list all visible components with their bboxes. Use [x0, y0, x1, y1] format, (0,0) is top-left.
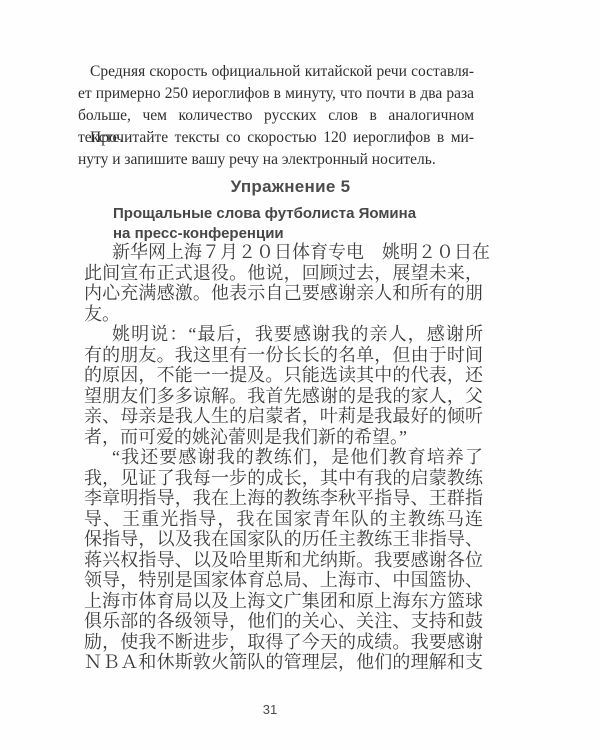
text-line: Прочитайте тексты со скоростью 120 иерог… [78, 127, 474, 149]
chinese-text-line: 此间宣布正式退役。他说，回顾过去，展望未来， [84, 263, 483, 284]
chinese-text-line: 励，使我不断进步，取得了今天的成绩。我要感谢 [84, 632, 483, 653]
chinese-text-line: 友。 [84, 304, 483, 325]
chinese-text-line: 姚明说：“最后，我要感谢我的亲人，感谢所 [84, 324, 483, 345]
chinese-text-line: 内心充满感激。他表示自己要感谢亲人和所有的朋 [84, 283, 483, 304]
chinese-text-line: 亲、母亲是我人生的启蒙者，叶莉是我最好的倾听 [84, 406, 483, 427]
chinese-text-line: 李章明指导，我在上海的教练李秋平指导、王群指 [84, 488, 483, 509]
exercise-subtitle: Прощальные слова футболиста Яомина на пр… [113, 204, 483, 244]
chinese-text-line: 者，而可爱的姚沁蕾则是我们新的希望。” [84, 427, 483, 448]
chinese-text-line: 新华网上海７月２０日体育专电 姚明２０日在 [84, 242, 483, 263]
intro-text: Средняя скорость официальной китайской р… [78, 61, 474, 171]
page-number: 31 [0, 702, 540, 717]
text-line: нуту и запишите вашу речу на электронный… [78, 149, 474, 171]
chinese-text-line: 有的朋友。我这里有一份长长的名单，但由于时间 [84, 345, 483, 366]
text-line: Средняя скорость официальной китайской р… [78, 61, 474, 83]
chinese-text-line: 望朋友们多多谅解。我首先感谢的是我的家人，父 [84, 386, 483, 407]
subtitle-line: Прощальные слова футболиста Яомина [113, 204, 483, 224]
exercise-heading: Упражнение 5 [88, 177, 493, 197]
chinese-text-line: 领导，特别是国家体育总局、上海市、中国篮协、 [84, 570, 483, 591]
subtitle-line: на пресс-конференции [113, 224, 483, 244]
chinese-text-line: 的原因，不能一一提及。只能选读其中的代表，还 [84, 365, 483, 386]
text-line: ет примерно 250 иероглифов в минуту, что… [78, 83, 474, 105]
chinese-text-line: 上海市体育局以及上海文广集团和原上海东方篮球 [84, 591, 483, 612]
text-line: больше, чем количество русских слов в ан… [78, 105, 474, 127]
chinese-text-line: 蒋兴权指导、以及哈里斯和尤纳斯。我要感谢各位 [84, 550, 483, 571]
chinese-text-line: 俱乐部的各级领导，他们的关心、关注、支持和鼓 [84, 611, 483, 632]
chinese-text: 新华网上海７月２０日体育专电 姚明２０日在 此间宣布正式退役。他说，回顾过去，展… [84, 242, 483, 673]
book-page: Средняя скорость официальной китайской р… [0, 0, 600, 750]
chinese-text-line: ＮＢＡ和休斯敦火箭队的管理层，他们的理解和支 [84, 652, 483, 673]
chinese-text-line: “我还要感谢我的教练们，是他们教育培养了 [84, 447, 483, 468]
chinese-text-line: 我，见证了我每一步的成长，其中有我的启蒙教练 [84, 468, 483, 489]
chinese-text-line: 保指导，以及我在国家队的历任主教练王非指导、 [84, 529, 483, 550]
chinese-text-line: 导、王重光指导，我在国家青年队的主教练马连 [84, 509, 483, 530]
